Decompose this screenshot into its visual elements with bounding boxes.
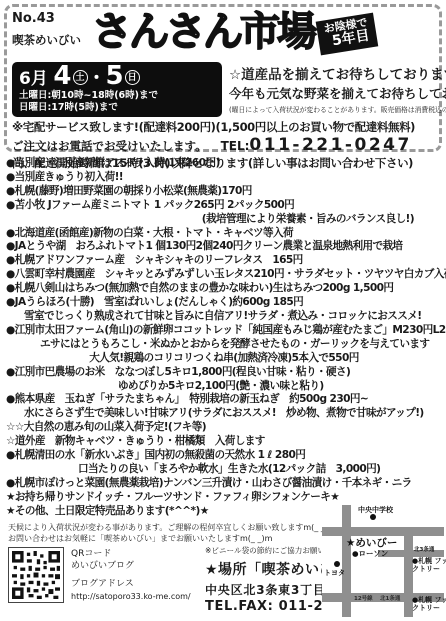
list-item-note: 大人気!親鶏のコリコリつくね串(加熱済冷凍)5本入で550円	[6, 352, 442, 366]
list-item: ☆道外産 新物キャベツ・きゅうり・柑橘類 入荷します	[6, 435, 442, 449]
list-item-note: 雪室でじっくり熟成されて甘味と旨みに自信アリ!サラダ・煮込み・コロッケにおススメ…	[6, 310, 442, 324]
qr-code-icon	[12, 551, 60, 599]
list-item: ●JAとうや湖 おろふれトマト1 個130円2個240円クリーン農業と温泉地熱利…	[6, 240, 442, 254]
map-label-factory2: ●札幌 ファクトリー	[412, 597, 446, 612]
qr-label2: めいびいブログ	[71, 561, 191, 573]
delivery-line2: ご注文はお電話でお受けいたします。 TEL: 011-221-0247	[12, 135, 434, 155]
list-item: ●当別産きゅうり初入荷!!	[6, 171, 442, 185]
disclaimer-line1: 天候により入荷状況が変わる事があります。ご理解の程何卒宜しくお願い致しますm(_…	[8, 522, 336, 533]
map-label-kita1-road: 北1条通	[380, 594, 400, 602]
delivery-line1: ※宅配サービス致します!(配達料200円)(1,500円以上のお買い物で配達料無…	[12, 119, 434, 135]
product-list: ●当別産・江別産新鮮アスパラ入荷(1束260円) ●当別産きゅうり初入荷!! ●…	[6, 157, 442, 519]
map-label-kita3-road: 北3条通	[414, 545, 434, 553]
date-separator: ・	[88, 68, 106, 89]
anniversary-badge: お陰様で 5年目	[316, 13, 379, 56]
list-item: ●熊本県産 玉ねぎ「サラたまちゃん」 特別栽培の新玉ねぎ 約500g 230円~	[6, 393, 442, 407]
masthead: No.43 喫茶めいびい さんさん市場 お陰様で 5年目	[12, 9, 434, 61]
event-date-box: 6月 4土・5日 土曜日:朝10時~18時(6時)まで 日曜日:17時(5時)ま…	[12, 62, 222, 117]
list-item: ●江別市巴農場のお米 ななつぼし5キロ1,800円(程良い甘味・粘り・硬さ)	[6, 366, 442, 380]
list-item-note: ゆめぴりか5キロ2,100円(艶・濃い味と粘り)	[6, 380, 442, 394]
list-item-note: エサにはとうもろこし・米ぬかとおからを発酵させたもの・ガーリックを与えています	[6, 338, 442, 352]
list-item: ●当別産・江別産新鮮アスパラ入荷(1束260円)	[6, 157, 442, 171]
list-item: ★お持ち帰りサンドイッチ・フルーツサンド・ファフィ卵シフォンケーキ★	[6, 491, 442, 505]
list-item: ●札幌八剣山はちみつ(無加熱で自然のままの豊かな味わい)生はちみつ200g 1,…	[6, 282, 442, 296]
list-item: ●札幌アドワンファーム産 シャキシャキのリーフレタス 165円	[6, 254, 442, 268]
list-item: ●八雲町幸村農園産 シャキッとみずみずしい玉レタス210円・サラダセット・ツヤツ…	[6, 268, 442, 282]
list-item: ●江別市太田ファーム(角山)の新鮮卵ココットレッド「純国産もみじ鶏が産むたまご」…	[6, 324, 442, 338]
tel-label: TEL:	[221, 139, 250, 153]
flyer-title-outline: さんさん	[92, 9, 240, 55]
date-row: 6月 4土・5日 土曜日:朝10時~18時(6時)まで 日曜日:17時(5時)ま…	[12, 62, 434, 117]
greeting-disclaimer: (曜日によって入荷状況が変わることがあります。販売価格は消費税込のお値段です)	[229, 104, 446, 114]
qr-label1: QRコード	[71, 549, 191, 561]
list-item: ☆☆大自然の恵み旬の山菜入荷予定!(フキ等)	[6, 421, 442, 435]
masthead-left: No.43 喫茶めいびい	[12, 9, 90, 48]
event-day2: 5	[106, 61, 125, 91]
map-dot-toyota	[334, 561, 340, 567]
flyer-title-solid: 市場	[240, 9, 314, 55]
greeting-line1: ☆道産品を揃えてお待ちしております!☆	[229, 63, 446, 83]
tel-number: 011-221-0247	[249, 135, 411, 155]
sunday-circle-icon: 日	[125, 70, 140, 85]
flyer-page: No.43 喫茶めいびい さんさん市場 お陰様で 5年目 6月 4土・5日 土曜…	[0, 0, 446, 621]
event-day1: 4	[53, 61, 72, 91]
qr-block: QRコード めいびいブログ ブログアドレス http://satoporo33.…	[8, 547, 191, 603]
blog-url-link[interactable]: http://satoporo33.ko-me.com/	[71, 591, 191, 603]
sunday-hours: 日曜日:17時(5時)まで	[19, 102, 215, 114]
map-label-factory1: ●札幌 ファクトリー	[412, 558, 446, 573]
list-item-note: (栽培管理により栄養素・旨みのバランス良し!)	[6, 213, 442, 227]
flyer-title: さんさん市場	[92, 9, 314, 52]
list-item: ●JAうらほろ(十勝) 雪室ばれいしょ(だんしゃく)約600g 185円	[6, 296, 442, 310]
list-item: ●札幌市ぽけっと菜園(無農薬栽培)ナンバン三升漬け・山わさび醤油漬け・千本ネギ・…	[6, 477, 442, 491]
issue-number: No.43	[12, 11, 90, 26]
map-label-route12: 12号線	[354, 594, 373, 602]
delivery-order-text: ご注文はお電話でお受けいたします。	[12, 138, 207, 154]
location-map: 中央中学校 ★めいびー ●ローソン 北3条通 ●札幌 ファクトリー トヨタ ●札…	[322, 505, 444, 617]
event-month: 6月	[19, 69, 48, 89]
list-item-note: 水にさらさず生で美味しい!甘味アリ(サラダにおススメ! 炒め物、煮物で甘味がアッ…	[6, 407, 442, 421]
saturday-circle-icon: 土	[73, 70, 88, 85]
map-label-toyota: トヨタ	[324, 568, 345, 578]
list-item: ●北海道産(函館産)新物の白菜・大根・トマト・キャベツ等入荷	[6, 227, 442, 241]
disclaimer-line2: お問い合わせはお気軽に「喫茶めいびい」までお願いいたしますm(_ _)m	[8, 533, 336, 544]
greeting-block: ☆道産品を揃えてお待ちしております!☆ 今年も元気な野菜を揃えてお待ちしておりま…	[222, 62, 446, 117]
shop-name: 喫茶めいびい	[12, 32, 90, 48]
saturday-hours: 土曜日:朝10時~18時(6時)まで	[19, 90, 215, 102]
map-dot-school	[370, 514, 376, 520]
list-item: ●札幌清田の水「新水いぶき」国内初の無殺菌の天然水 1 ℓ 280円	[6, 449, 442, 463]
map-label-school: 中央中学校	[358, 505, 393, 515]
qr-code	[8, 547, 64, 603]
qr-labels: QRコード めいびいブログ ブログアドレス http://satoporo33.…	[71, 547, 191, 603]
list-item: ●札幌(藤野)増田野菜園の朝採り小松菜(無農薬)170円	[6, 185, 442, 199]
disclaimer-notes: 天候により入荷状況が変わる事があります。ご理解の程何卒宜しくお願い致しますm(_…	[8, 522, 336, 544]
blog-label: ブログアドレス	[71, 579, 191, 591]
greeting-line2: 今年も元気な野菜を揃えてお待ちしております	[229, 84, 446, 102]
map-label-lawson: ●ローソン	[352, 548, 388, 559]
event-date: 6月 4土・5日	[19, 63, 215, 90]
header-section: No.43 喫茶めいびい さんさん市場 お陰様で 5年目 6月 4土・5日 土曜…	[4, 4, 442, 152]
list-item-note: 口当たりの良い「まろやか軟水」生きた水(12パック詰 3,000円)	[6, 463, 442, 477]
list-item: ●苫小牧 Jファーム産ミニトマト 1 パック265円 2パック500円	[6, 199, 442, 213]
